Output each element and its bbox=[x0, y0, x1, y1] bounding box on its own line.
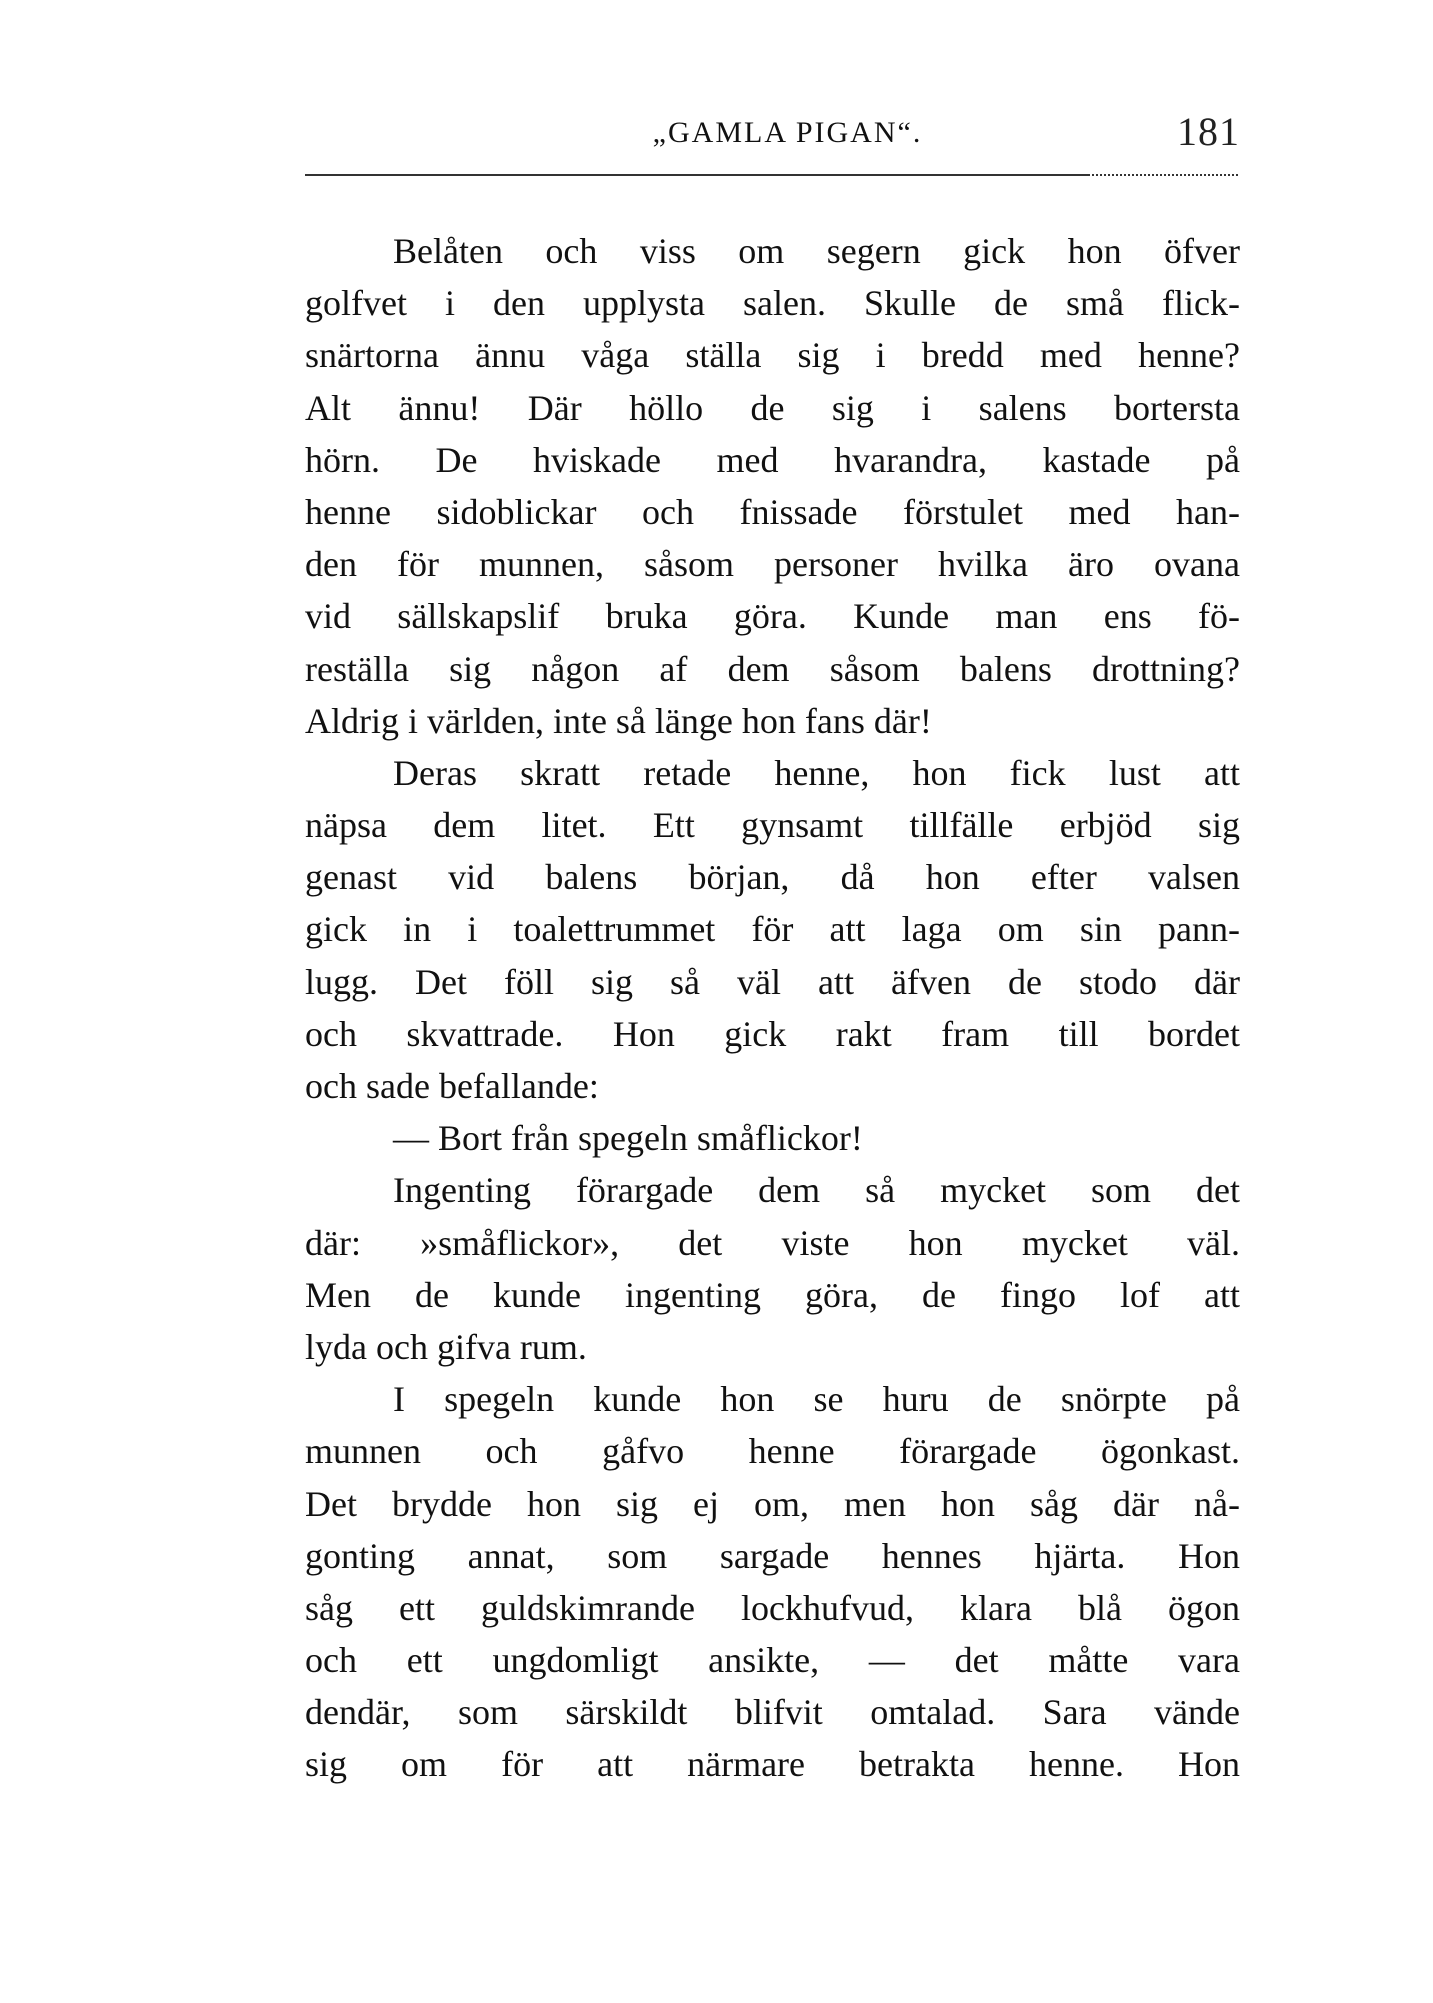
header-rule bbox=[305, 174, 1240, 176]
text-line: vid sällskapslif bruka göra. Kunde man e… bbox=[305, 590, 1240, 642]
running-head: „GAMLA PIGAN“. 181 bbox=[305, 108, 1240, 158]
text-line: dendär, som särskildt blifvit omtalad. S… bbox=[305, 1686, 1240, 1738]
text-line: såg ett guldskimrande lockhufvud, klara … bbox=[305, 1582, 1240, 1634]
text-line: Ingenting förargade dem så mycket som de… bbox=[305, 1164, 1240, 1216]
text-line: Alt ännu! Där höllo de sig i salens bort… bbox=[305, 382, 1240, 434]
dialogue-line: — Bort från spegeln småflickor! bbox=[305, 1112, 1240, 1164]
body-text: Belåten och viss om segern gick hon öfve… bbox=[305, 225, 1240, 1791]
text-line: Det brydde hon sig ej om, men hon såg dä… bbox=[305, 1478, 1240, 1530]
text-line: I spegeln kunde hon se huru de snörpte p… bbox=[305, 1373, 1240, 1425]
page-number: 181 bbox=[1177, 108, 1240, 155]
text-line: näpsa dem litet. Ett gynsamt tillfälle e… bbox=[305, 799, 1240, 851]
text-line: sig om för att närmare betrakta henne. H… bbox=[305, 1738, 1240, 1790]
text-line: Belåten och viss om segern gick hon öfve… bbox=[305, 225, 1240, 277]
text-line: där: »småflickor», det viste hon mycket … bbox=[305, 1217, 1240, 1269]
text-line: snärtorna ännu våga ställa sig i bredd m… bbox=[305, 329, 1240, 381]
text-line: och ett ungdomligt ansikte, — det måtte … bbox=[305, 1634, 1240, 1686]
text-line: munnen och gåfvo henne förargade ögonkas… bbox=[305, 1425, 1240, 1477]
text-line: Aldrig i världen, inte så länge hon fans… bbox=[305, 695, 1240, 747]
text-line: gonting annat, som sargade hennes hjärta… bbox=[305, 1530, 1240, 1582]
text-line: gick in i toalettrummet för att laga om … bbox=[305, 903, 1240, 955]
running-title: „GAMLA PIGAN“. bbox=[305, 116, 1240, 150]
text-line: golfvet i den upplysta salen. Skulle de … bbox=[305, 277, 1240, 329]
book-page: „GAMLA PIGAN“. 181 Belåten och viss om s… bbox=[0, 0, 1433, 2003]
text-line: henne sidoblickar och fnissade förstulet… bbox=[305, 486, 1240, 538]
text-line: lyda och gifva rum. bbox=[305, 1321, 1240, 1373]
text-line: reställa sig någon af dem såsom balens d… bbox=[305, 643, 1240, 695]
text-line: Deras skratt retade henne, hon fick lust… bbox=[305, 747, 1240, 799]
text-line: hörn. De hviskade med hvarandra, kastade… bbox=[305, 434, 1240, 486]
text-line: lugg. Det föll sig så väl att äfven de s… bbox=[305, 956, 1240, 1008]
text-line: Men de kunde ingenting göra, de fingo lo… bbox=[305, 1269, 1240, 1321]
text-line: genast vid balens början, då hon efter v… bbox=[305, 851, 1240, 903]
text-line: den för munnen, såsom personer hvilka är… bbox=[305, 538, 1240, 590]
text-line: och skvattrade. Hon gick rakt fram till … bbox=[305, 1008, 1240, 1060]
text-line: och sade befallande: bbox=[305, 1060, 1240, 1112]
